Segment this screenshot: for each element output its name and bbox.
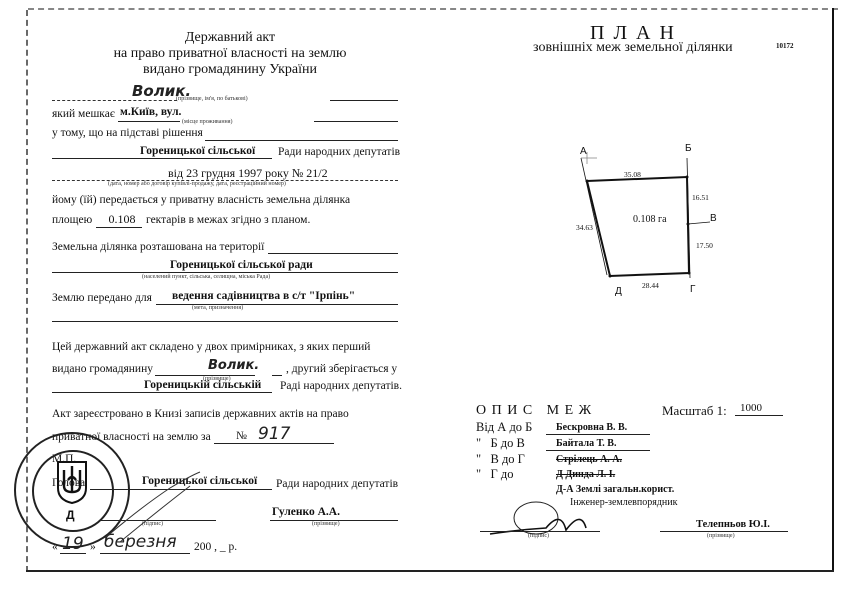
segment-g-d: 28.44 — [642, 281, 659, 290]
point-b-label: Б — [685, 143, 692, 154]
issued-name: Волик. — [208, 358, 259, 373]
engineer-sign-hint: (підпис) — [528, 533, 549, 539]
scale-label: Масштаб 1: — [662, 403, 727, 419]
head-name-hint: (прізвище) — [312, 521, 340, 527]
address-value: м.Київ, вул. — [120, 106, 181, 118]
owner-hint: (прізвище, ім'я, по батькові) — [176, 96, 248, 102]
issued-label: видано громадянину — [52, 363, 153, 375]
segment-b-v: 16.51 — [692, 193, 709, 202]
boundary-label-1: Від А до Б — [476, 420, 532, 435]
head-name: Гуленко А.А. — [272, 506, 340, 518]
trident-emblem-icon — [56, 460, 88, 504]
point-g-label: Г — [690, 284, 695, 295]
boundary-label-4: " Г до — [476, 467, 513, 482]
location-label: Земельна ділянка розташована на територі… — [52, 241, 264, 253]
act-title-3: видано громадянину України — [60, 62, 400, 78]
registry-no-label: № — [236, 430, 247, 442]
segment-d-a: 34.63 — [576, 223, 593, 232]
location-value: Гореницької сільської ради — [170, 259, 313, 271]
engineer-name: Телепньов Ю.І. — [696, 519, 770, 530]
point-a-label: А — [580, 146, 587, 157]
lives-label: який мешкає — [52, 108, 115, 120]
area-label: площею — [52, 214, 92, 226]
stored-suffix: Раді народних депутатів. — [280, 380, 402, 392]
purpose-hint: (мета, призначення) — [192, 305, 243, 311]
copies-text: Цей державний акт складено у двох примір… — [52, 341, 370, 353]
address-hint: (місце проживання) — [182, 119, 233, 125]
area-suffix: гектарів в межах згідно з планом. — [146, 214, 310, 226]
purpose-label: Землю передано для — [52, 292, 152, 304]
boundary-neighbor-2: Байтала Т. В. — [556, 438, 616, 449]
plan-subtitle: зовнішніх меж земельної ділянки — [533, 40, 733, 56]
boundary-neighbor-4: Д Динда Л. І. — [556, 469, 615, 480]
second-copy: , другий зберігається у — [286, 363, 397, 375]
act-title-1: Державний акт — [60, 30, 400, 46]
head-suffix: Ради народних депутатів — [276, 478, 398, 490]
decision-date: від 23 грудня 1997 року № 21/2 — [168, 166, 328, 181]
frame-top — [28, 8, 838, 10]
act-title-2: на право приватної власності на землю — [60, 46, 400, 62]
segment-v-g: 17.50 — [696, 241, 713, 250]
boundary-neighbor-5: Д-А Землі загальн.корист. — [556, 484, 674, 495]
council-suffix: Ради народних депутатів — [278, 146, 400, 158]
location-hint: (населений пункт, сільська, селищна, міс… — [142, 274, 270, 280]
doc-number: 10172 — [776, 42, 794, 50]
boundary-neighbor-3: Стрілець А. А. — [556, 454, 622, 465]
area-value: 0.108 — [102, 212, 142, 227]
stamp-letter: Д — [66, 508, 75, 522]
boundaries-title: О П И С М Е Ж — [476, 403, 592, 419]
purpose-value: ведення садівництва в с/т "Ірпінь" — [172, 290, 355, 302]
frame-bottom — [26, 570, 834, 572]
scale-value: 1000 — [740, 402, 762, 414]
engineer-name-hint: (прізвище) — [707, 533, 735, 539]
plot-area-label: 0.108 га — [633, 214, 667, 225]
transfer-text: йому (їй) передається у приватну власніс… — [52, 194, 350, 206]
boundary-neighbor-1: Бескровна В. В. — [556, 422, 627, 433]
point-d-label: Д — [615, 286, 622, 297]
registry-number: 917 — [258, 424, 290, 444]
boundary-label-2: " Б до В — [476, 436, 525, 451]
decision-hint: (дата, номер або договір купівлі-продажу… — [108, 181, 286, 187]
head-signature — [100, 468, 210, 548]
boundary-label-3: " В до Г — [476, 452, 525, 467]
registered-line1: Акт зареєстровано в Книзі записів держав… — [52, 408, 349, 420]
council-name: Гореницької сільської — [140, 145, 255, 157]
stored-council: Гореницькій сільській — [144, 379, 261, 391]
segment-a-b: 35.08 — [624, 170, 641, 179]
decision-label: у тому, що на підставі рішення — [52, 127, 203, 139]
point-v-label: В — [710, 213, 717, 224]
frame-right — [832, 8, 834, 570]
